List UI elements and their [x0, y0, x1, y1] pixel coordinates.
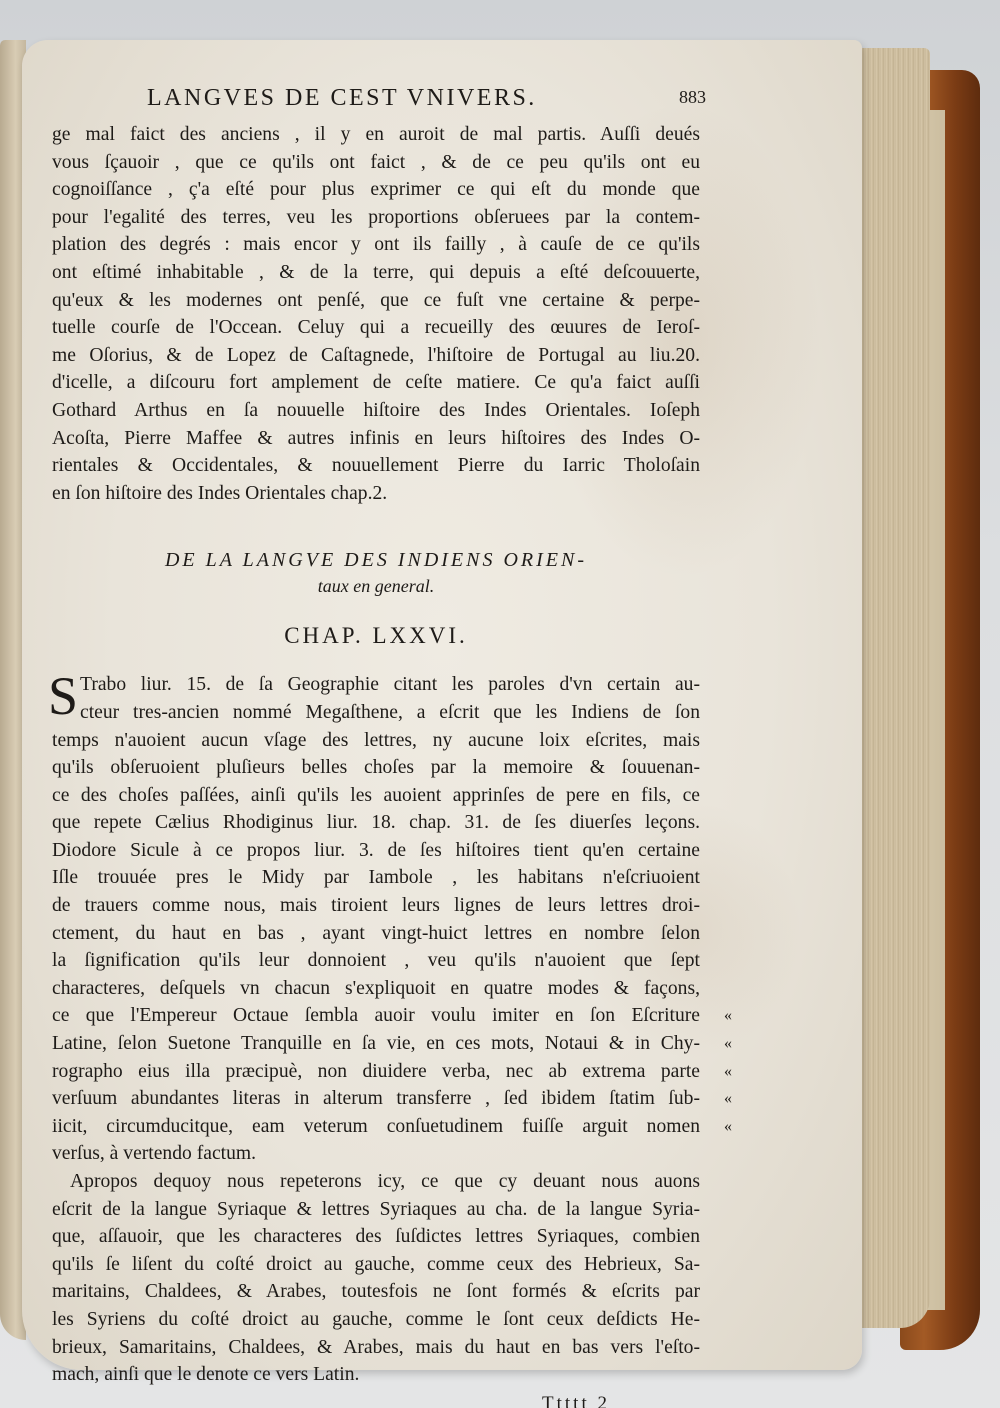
text-line: Gothard Arthus en ſa nouuelle hiſtoire d…: [52, 397, 700, 425]
text-line: temps n'auoient aucun vſage des lettres,…: [52, 727, 700, 755]
quotation-marks: « « « « «: [724, 1002, 744, 1140]
text-line: les Syriens du coſté droict au gauche, c…: [52, 1306, 700, 1334]
text-line: Trabo liur. 15. de ſa Geographie citant …: [52, 671, 700, 699]
text-line: ce que l'Empereur Octaue ſembla auoir vo…: [52, 1002, 700, 1030]
text-line: mach, ainſi que le denote ce vers Latin.: [52, 1361, 700, 1389]
signature-mark: Ttttt 2: [52, 1393, 700, 1408]
text-line: Latine, ſelon Suetone Tranquille en ſa v…: [52, 1030, 700, 1058]
running-head: LANGVES DE CEST VNIVERS. 883: [52, 85, 700, 121]
text-line: iicit, circumducitque, eam veterum conſu…: [52, 1113, 700, 1141]
quote-mark: «: [724, 1058, 744, 1086]
chapter-number: CHAP. LXXVI.: [52, 623, 700, 649]
text-line: ce des choſes paſſées, ainſi qu'ils les …: [52, 782, 700, 810]
text-line: verſuum abundantes literas in alterum tr…: [52, 1085, 700, 1113]
text-block: LANGVES DE CEST VNIVERS. 883 ge mal faic…: [52, 85, 700, 1408]
text-line: que, aſſauoir, que les characteres des ſ…: [52, 1223, 700, 1251]
text-line: qu'eux & les modernes ont penſé, que ce …: [52, 287, 700, 315]
text-line: eſcrit de la langue Syriaque & lettres S…: [52, 1196, 700, 1224]
text-line: de trauers comme nous, mais tiroient leu…: [52, 892, 700, 920]
quote-mark: «: [724, 1085, 744, 1113]
text-line: qu'ils obſeruoient pluſieurs belles choſ…: [52, 754, 700, 782]
text-line: maritains, Chaldees, & Arabes, toutesfoi…: [52, 1278, 700, 1306]
text-line: Iſle trouuée pres le Midy par Iambole , …: [52, 864, 700, 892]
text-line: cognoiſſance , ç'a eſté pour plus exprim…: [52, 176, 700, 204]
section-heading: DE LA LANGVE DES INDIENS ORIEN-: [52, 547, 700, 573]
book-page: LANGVES DE CEST VNIVERS. 883 ge mal faic…: [22, 40, 862, 1370]
quote-mark: «: [724, 1002, 744, 1030]
text-line: d'icelle, a diſcouru fort amplement de c…: [52, 369, 700, 397]
paragraph-3: Apropos dequoy nous repeterons icy, ce q…: [52, 1168, 700, 1389]
page-block-edge: [850, 48, 930, 1328]
text-line: la ſignification qu'ils leur donnoient ,…: [52, 947, 700, 975]
text-line: cteur tres-ancien nommé Megaſthene, a eſ…: [52, 699, 700, 727]
text-line: Acoſta, Pierre Maffee & autres infinis e…: [52, 425, 700, 453]
text-line: qu'ils ſe liſent du coſté droict au gauc…: [52, 1251, 700, 1279]
running-title: LANGVES DE CEST VNIVERS.: [147, 85, 537, 112]
text-line: brieux, Samaritains, Chaldees, & Arabes,…: [52, 1334, 700, 1362]
text-line: en ſon hiſtoire des Indes Orientales cha…: [52, 480, 700, 508]
text-line: ge mal faict des anciens , il y en auroi…: [52, 121, 700, 149]
text-line: que repete Cælius Rhodiginus liur. 18. c…: [52, 809, 700, 837]
section-subheading: taux en general.: [52, 573, 700, 599]
text-line: rientales & Occidentales, & nouuellement…: [52, 452, 700, 480]
page-number: 883: [679, 87, 706, 108]
quote-mark: «: [724, 1113, 744, 1141]
text-line: vous ſçauoir , que ce qu'ils ont faict ,…: [52, 149, 700, 177]
text-line: tuelle courſe de l'Occean. Celuy qui a r…: [52, 314, 700, 342]
text-line: me Oſorius, & de Lopez de Caſtagnede, l'…: [52, 342, 700, 370]
text-line: characteres, deſquels vn chacun s'expliq…: [52, 975, 700, 1003]
paragraph-2: S Trabo liur. 15. de ſa Geographie citan…: [52, 671, 700, 1168]
text-line: ctement, du haut en bas , ayant vingt-hu…: [52, 920, 700, 948]
text-line: plation des degrés : mais encor y ont il…: [52, 231, 700, 259]
text-line: verſus, à vertendo factum.: [52, 1140, 700, 1168]
text-line: Diodore Sicule à ce propos liur. 3. de ſ…: [52, 837, 700, 865]
text-line: pour l'egalité des terres, veu les propo…: [52, 204, 700, 232]
paragraph-1: ge mal faict des anciens , il y en auroi…: [52, 121, 700, 507]
drop-cap: S: [48, 673, 78, 719]
text-line: ont eſtimé inhabitable , & de la terre, …: [52, 259, 700, 287]
text-line: Apropos dequoy nous repeterons icy, ce q…: [52, 1168, 700, 1196]
text-line: rographo eius illa præcipuè, non diuider…: [52, 1058, 700, 1086]
quote-mark: «: [724, 1030, 744, 1058]
